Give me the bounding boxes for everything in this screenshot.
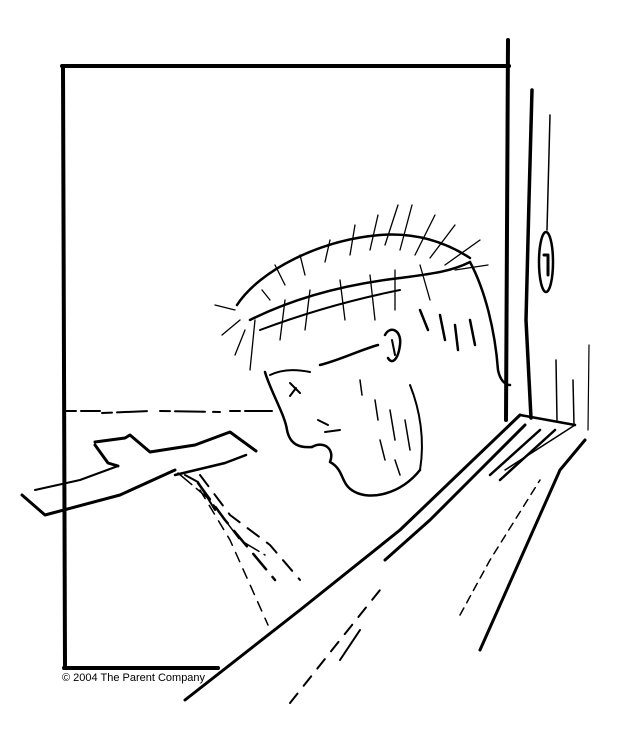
figure-head — [215, 205, 510, 496]
picture-frame — [62, 66, 509, 668]
copyright-notice: © 2004 The Parent Company — [62, 672, 205, 684]
horizon — [66, 411, 272, 413]
doorway — [506, 40, 589, 430]
illustration-canvas — [0, 0, 624, 732]
